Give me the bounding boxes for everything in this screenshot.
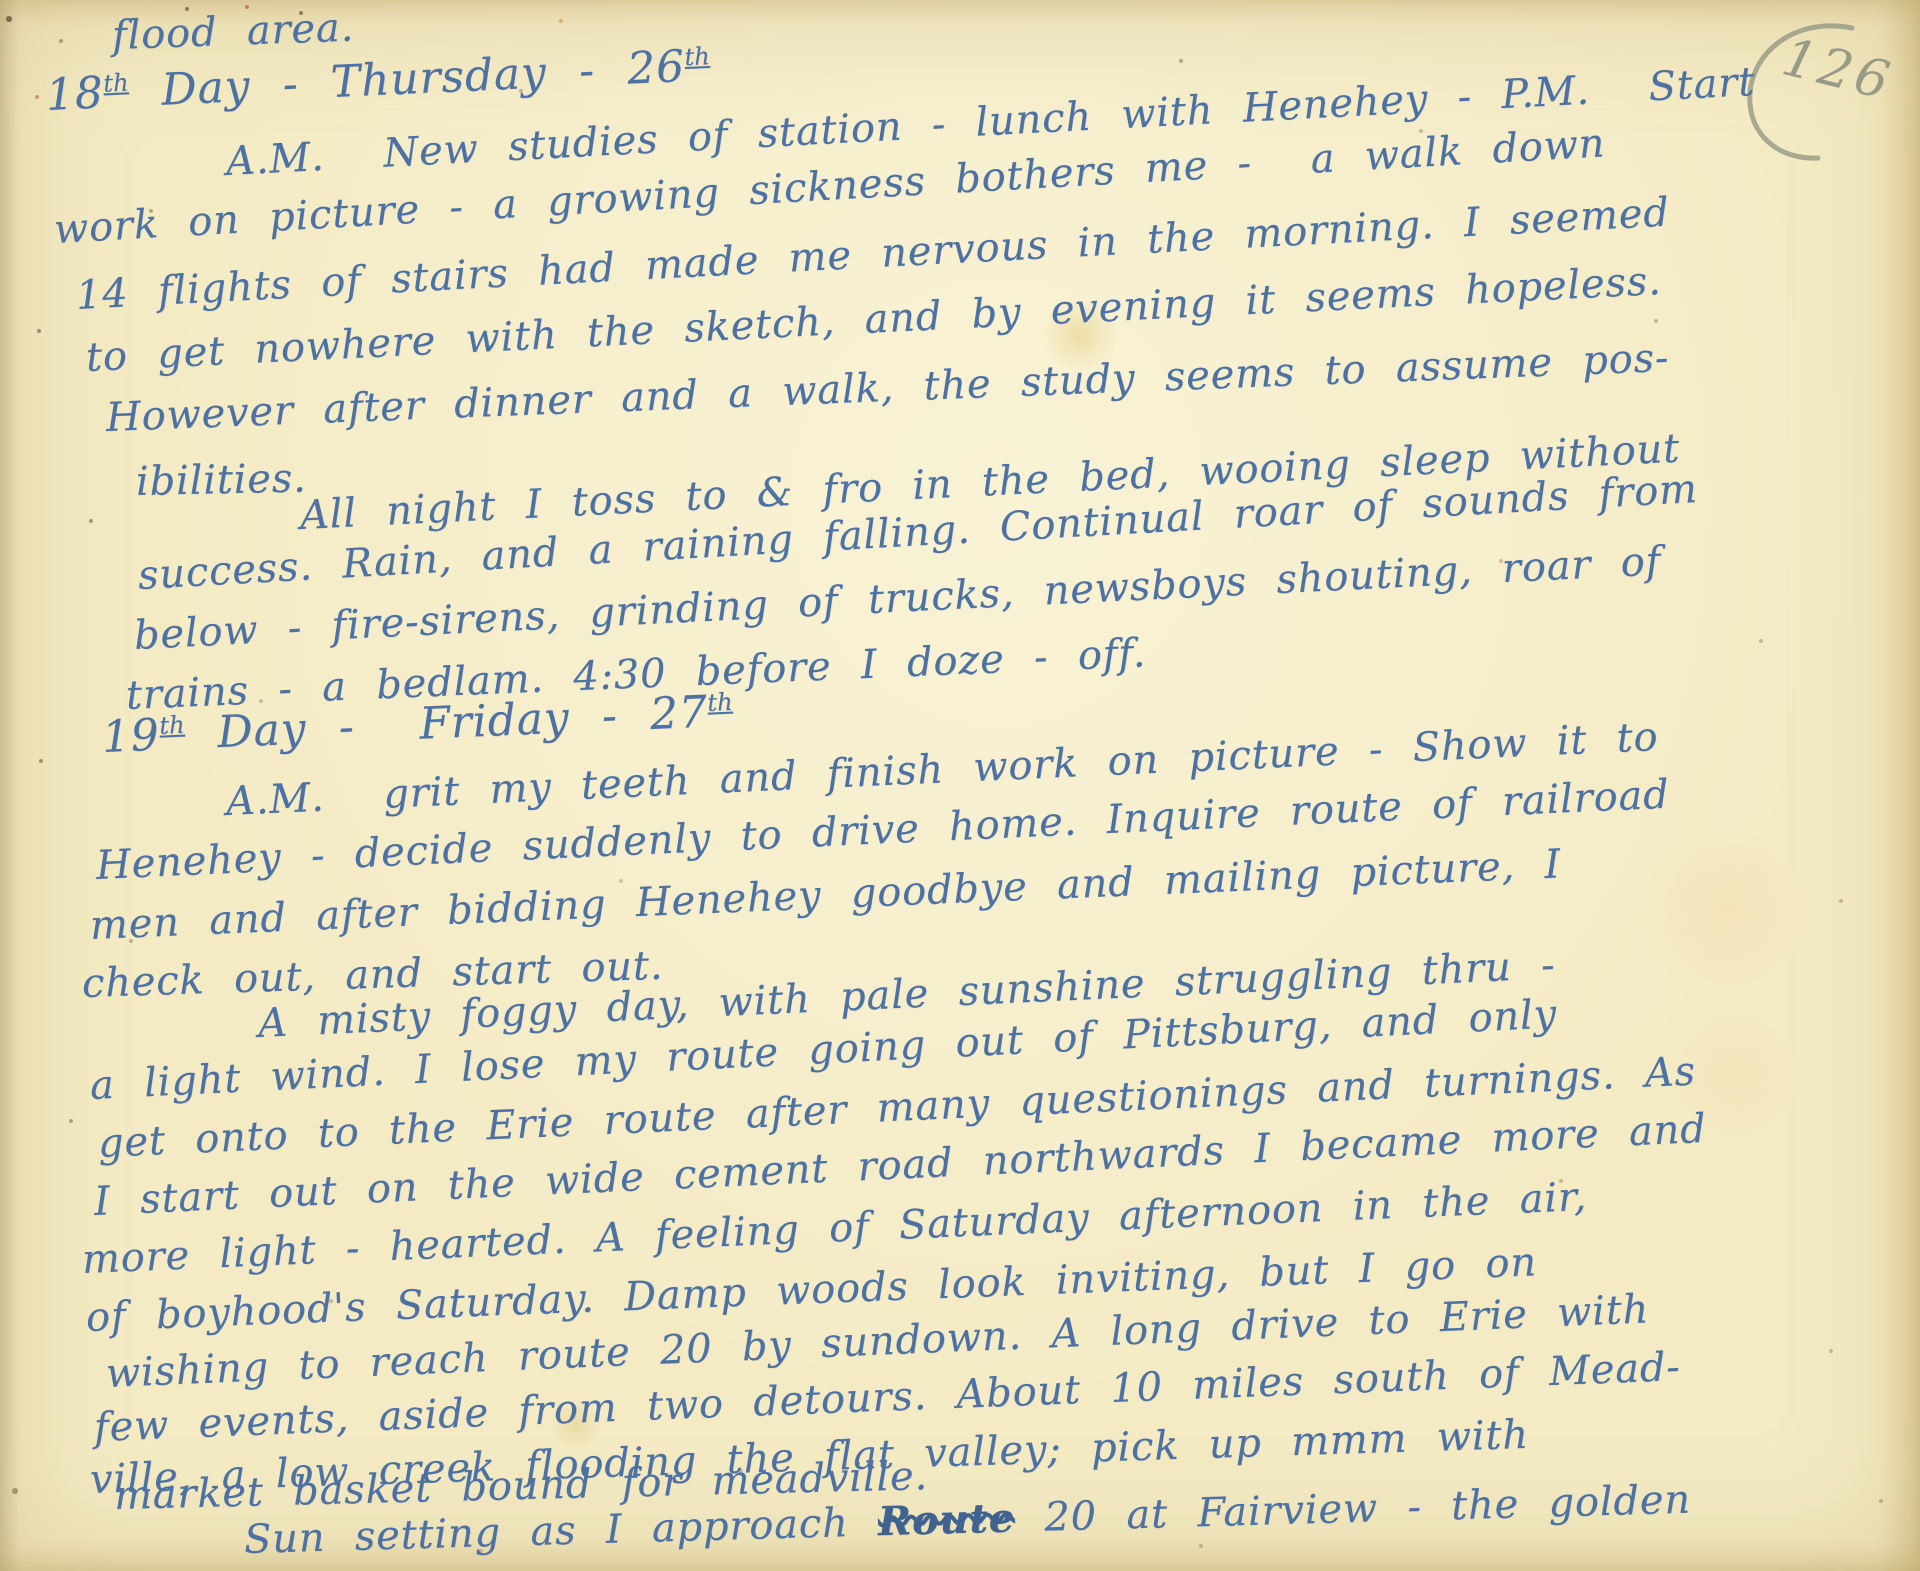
ink-showthrough (1630, 830, 1820, 990)
paper-speckles (0, 0, 2, 2)
page-number: 126 (1776, 27, 1898, 112)
line-segment: 20 at Fairview - the golden (1014, 1477, 1691, 1542)
scribbled-word: Route (877, 1494, 1015, 1545)
paper-red-specks (0, 0, 2, 2)
journal-page: 126 flood area. 18th Day - Thursday - 26… (0, 0, 1920, 1571)
handwritten-line: ibilities. (136, 458, 307, 502)
handwritten-line: flood area. (111, 8, 354, 56)
